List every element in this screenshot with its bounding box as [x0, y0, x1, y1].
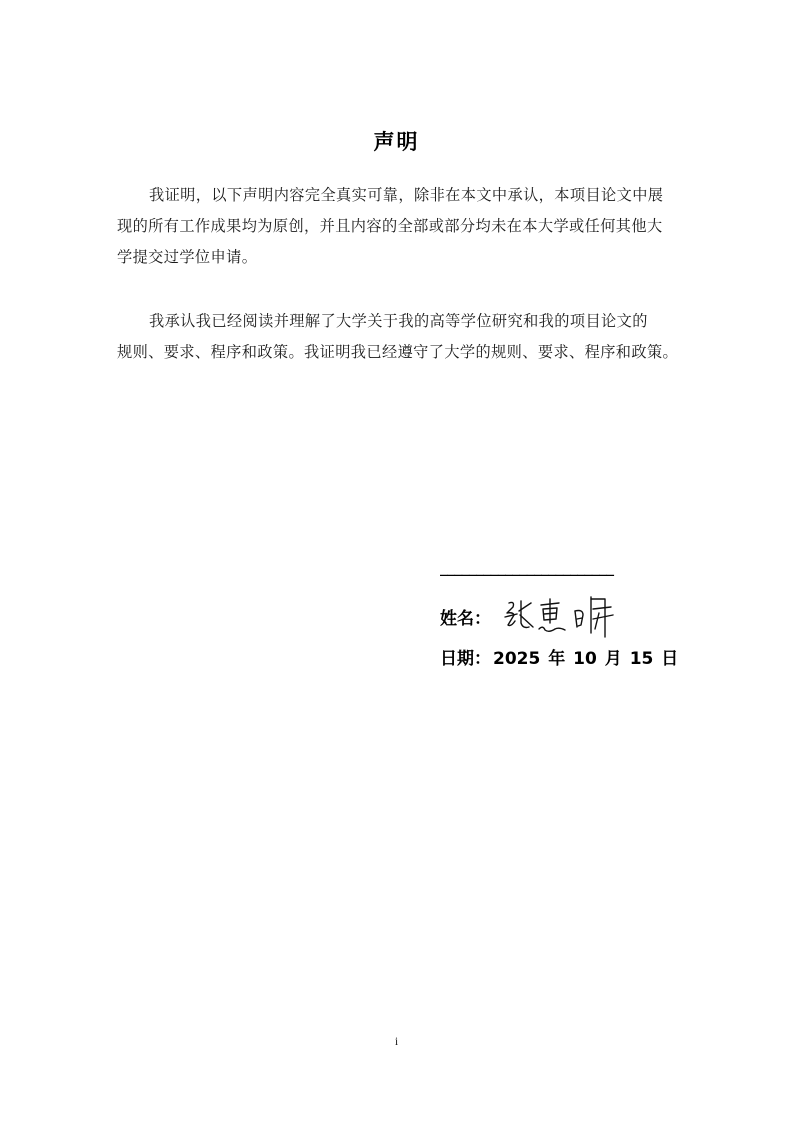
date-month: 10	[573, 649, 597, 669]
handwritten-signature-icon: 张惠明	[499, 593, 629, 639]
date-year-unit: 年	[548, 649, 565, 669]
date-row: 日期：2025 年 10 月 15 日	[440, 644, 680, 669]
paragraph-line: 我承认我已经阅读并理解了大学关于我的高等学位研究和我的项目论文的	[117, 306, 677, 337]
declaration-paragraph-2: 我承认我已经阅读并理解了大学关于我的高等学位研究和我的项目论文的 规则、要求、程…	[117, 306, 677, 368]
paragraph-line: 学提交过学位申请。	[117, 242, 677, 273]
date-label: 日期：	[440, 649, 491, 669]
page-number: i	[0, 1034, 793, 1049]
name-label: 姓名：	[440, 604, 491, 629]
date-day: 15	[630, 649, 654, 669]
signature-block: ________________________ 姓名： 张惠明	[440, 560, 680, 580]
date-year: 2025	[493, 649, 540, 669]
paragraph-line: 规则、要求、程序和政策。我证明我已经遵守了大学的规则、要求、程序和政策。	[117, 337, 677, 368]
date-day-unit: 日	[661, 649, 678, 669]
paragraph-line: 我证明，以下声明内容完全真实可靠，除非在本文中承认，本项目论文中展	[117, 180, 677, 211]
name-row: 姓名： 张惠明	[440, 594, 629, 638]
declaration-paragraph-1: 我证明，以下声明内容完全真实可靠，除非在本文中承认，本项目论文中展 现的所有工作…	[117, 180, 677, 273]
date-month-unit: 月	[605, 649, 622, 669]
page-title: 声明	[0, 126, 793, 156]
signature-underline: ________________________	[440, 560, 680, 580]
paragraph-line: 现的所有工作成果均为原创，并且内容的全部或部分均未在本大学或任何其他大	[117, 211, 677, 242]
